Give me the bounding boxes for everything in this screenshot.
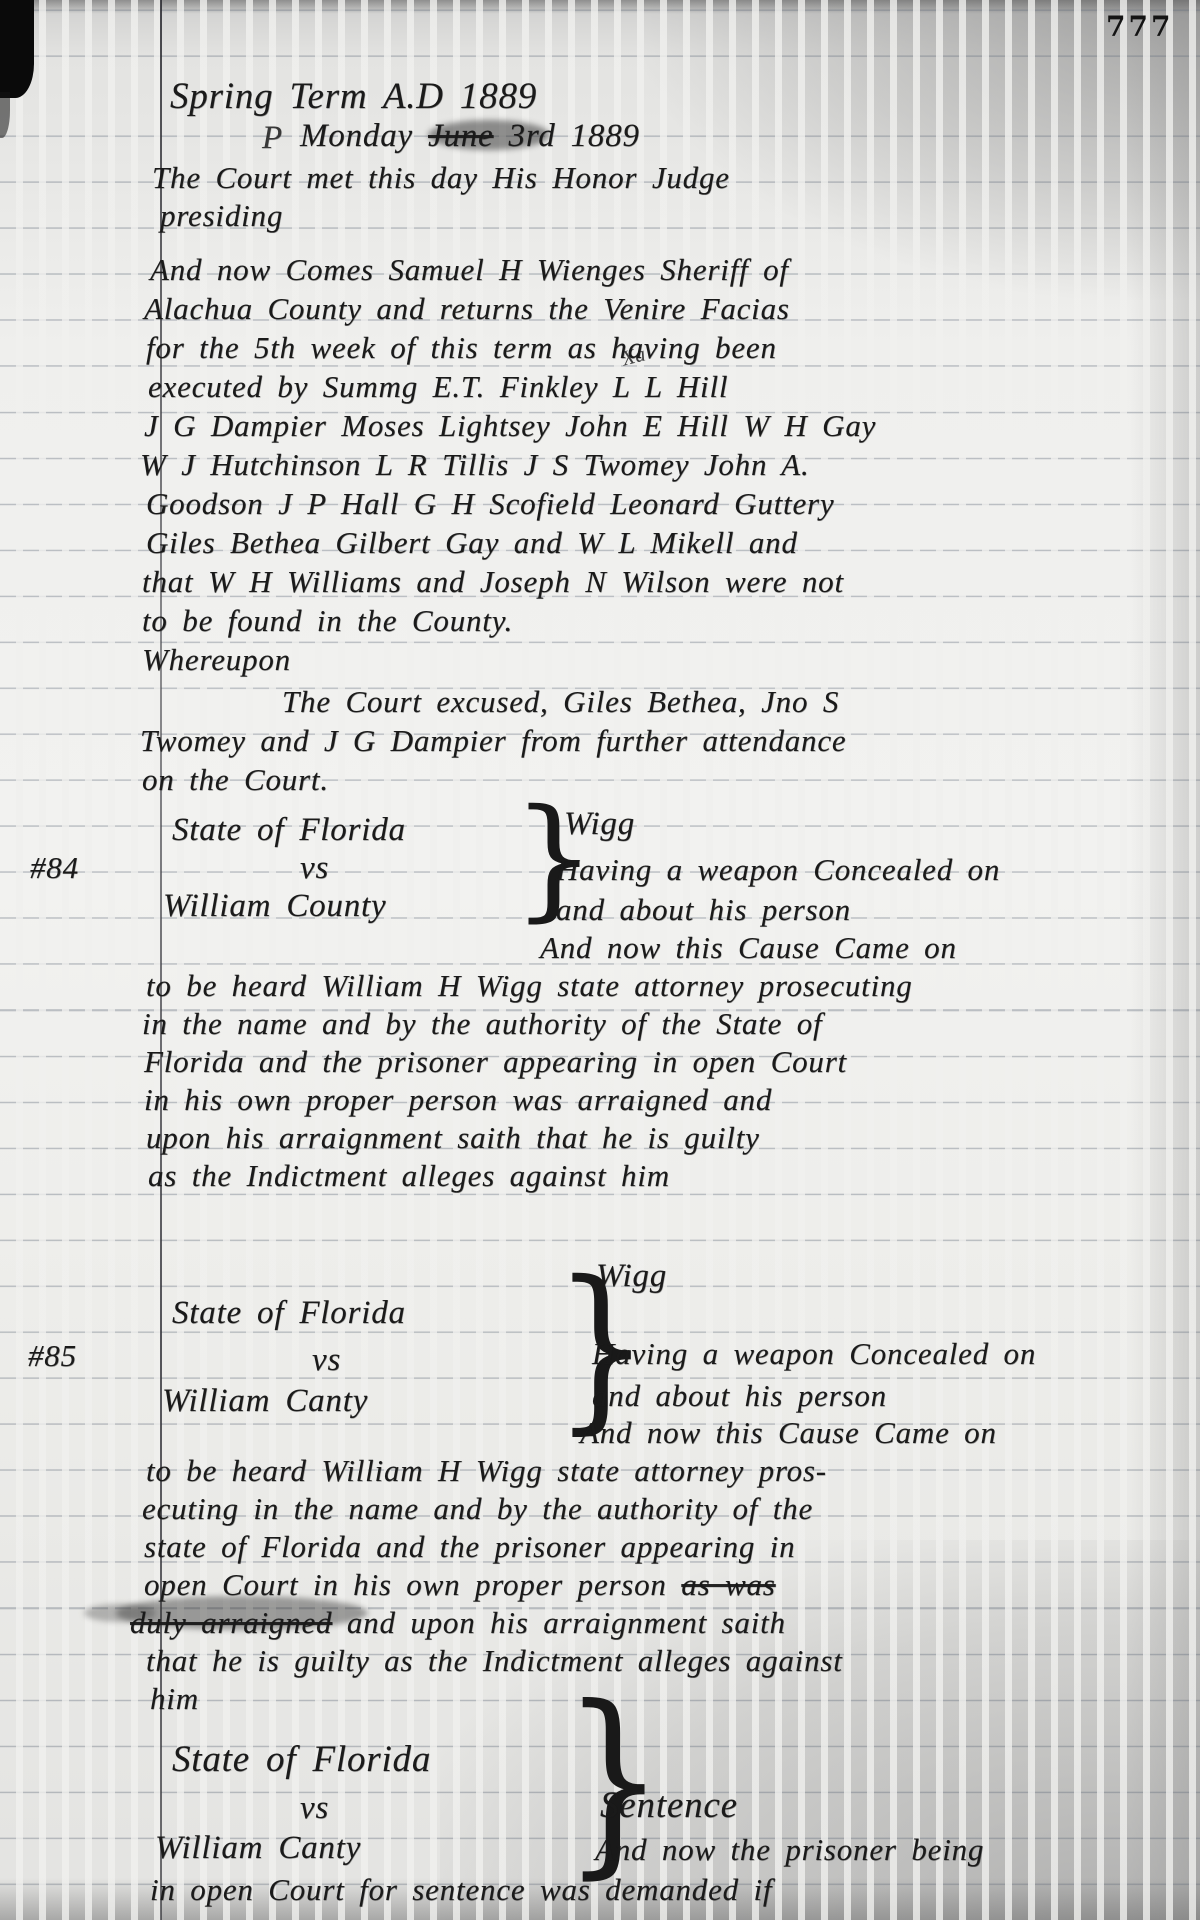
scan-edge-black-bar [0,0,34,98]
case-85-body-line: him [150,1681,199,1717]
case-84-body-line: in the name and by the authority of the … [142,1006,822,1042]
date-weekday: Monday [300,118,428,154]
case-85-body-line: ecuting in the name and by the authority… [142,1491,813,1527]
case-84-defendant: William County [163,888,386,925]
juror-names-line: Goodson J P Hall G H Scofield Leonard Gu… [146,486,834,522]
ledger-page-scan: 777 Spring Term A.D 1889 P Monday June 3… [0,0,1200,1920]
juror-names-line: J G Dampier Moses Lightsey John E Hill W… [144,408,876,444]
excusal-line: Twomey and J G Dampier from further atte… [140,723,846,759]
sheriff-return-line: for the 5th week of this term as having … [146,330,777,366]
case-84-versus: vs [300,850,329,887]
case-85-body-line: to be heard William H Wigg state attorne… [146,1453,827,1489]
case-85-body-line: that he is guilty as the Indictment alle… [146,1643,843,1679]
case-84-number: #84 [30,850,79,886]
sheriff-return-line: Alachua County and returns the Venire Fa… [144,291,790,327]
case-85-body-line: state of Florida and the prisoner appear… [144,1529,795,1565]
case-84-charge-line: and about his person [556,892,851,928]
case-85-body-line: duly arraigned and upon his arraignment … [130,1605,786,1641]
case-85-opening-line: And now this Cause Came on [580,1415,997,1451]
case-84-body-line: Florida and the prisoner appearing in op… [144,1044,847,1080]
term-heading: Spring Term A.D 1889 [170,75,537,118]
sentence-versus: vs [300,1790,329,1827]
case-85-body-line-main: open Court in his own proper person [144,1567,681,1602]
case-85-body-line: open Court in his own proper person as w… [144,1567,776,1603]
case-85-versus: vs [312,1342,341,1379]
date-day-year: 3rd 1889 [494,118,640,154]
juror-names-line: W J Hutchinson L R Tillis J S Twomey Joh… [140,447,810,483]
sentence-label: Sentence [600,1784,738,1827]
case-85-body-line-main: and upon his arraignment saith [332,1605,786,1640]
case-84-body-line: in his own proper person was arraigned a… [144,1082,772,1118]
case-85-charge-line: Having a weapon Concealed on [592,1336,1036,1372]
case-84-plaintiff: State of Florida [172,812,406,849]
case-85-charge-line: and about his person [592,1378,887,1414]
sentence-body-line: And now the prisoner being [595,1832,984,1868]
pen-flourish: P [262,120,283,157]
scan-shading-right-edge [1130,0,1200,1920]
case-85-prosecutor: Wigg [596,1258,667,1295]
date-month-struck: June [428,118,494,154]
case-85-defendant: William Canty [162,1383,368,1420]
case-85-number: #85 [28,1338,77,1374]
excusal-line: on the Court. [142,762,329,798]
sentence-defendant: William Canty [155,1830,361,1867]
sheriff-return-line: that W H Williams and Joseph N Wilson we… [142,564,844,600]
case-85-struck-words: as was [681,1567,775,1602]
sentence-body-line: in open Court for sentence was demanded … [150,1872,772,1908]
excusal-line: The Court excused, Giles Bethea, Jno S [282,684,839,720]
sheriff-return-line: And now Comes Samuel H Wienges Sheriff o… [150,252,789,288]
sheriff-return-line: executed by Summg E.T. Finkley L L Hill [148,369,728,405]
case-85-plaintiff: State of Florida [172,1295,406,1332]
session-date-line: Monday June 3rd 1889 [300,118,640,155]
case-84-body-line: upon his arraignment saith that he is gu… [146,1120,760,1156]
case-85-struck-words: duly arraigned [130,1605,332,1640]
case-84-body-line: to be heard William H Wigg state attorne… [146,968,913,1004]
case-84-opening-line: And now this Cause Came on [540,930,957,966]
case-84-charge-line: Having a weapon Concealed on [556,852,1000,888]
sentence-plaintiff: State of Florida [172,1738,431,1781]
scan-edge-black-bar-tail [0,92,10,138]
case-84-body-line: as the Indictment alleges against him [148,1158,670,1194]
presiding-line: presiding [160,198,283,234]
whereupon-line: Whereupon [142,642,291,678]
sheriff-return-line: to be found in the County. [142,603,513,639]
court-met-line: The Court met this day His Honor Judge [152,160,730,196]
scan-shading-top-edge [0,0,1200,14]
case-84-prosecutor: Wigg [564,806,635,843]
juror-names-line: Giles Bethea Gilbert Gay and W L Mikell … [146,525,798,561]
page-number: 777 [1106,10,1173,43]
